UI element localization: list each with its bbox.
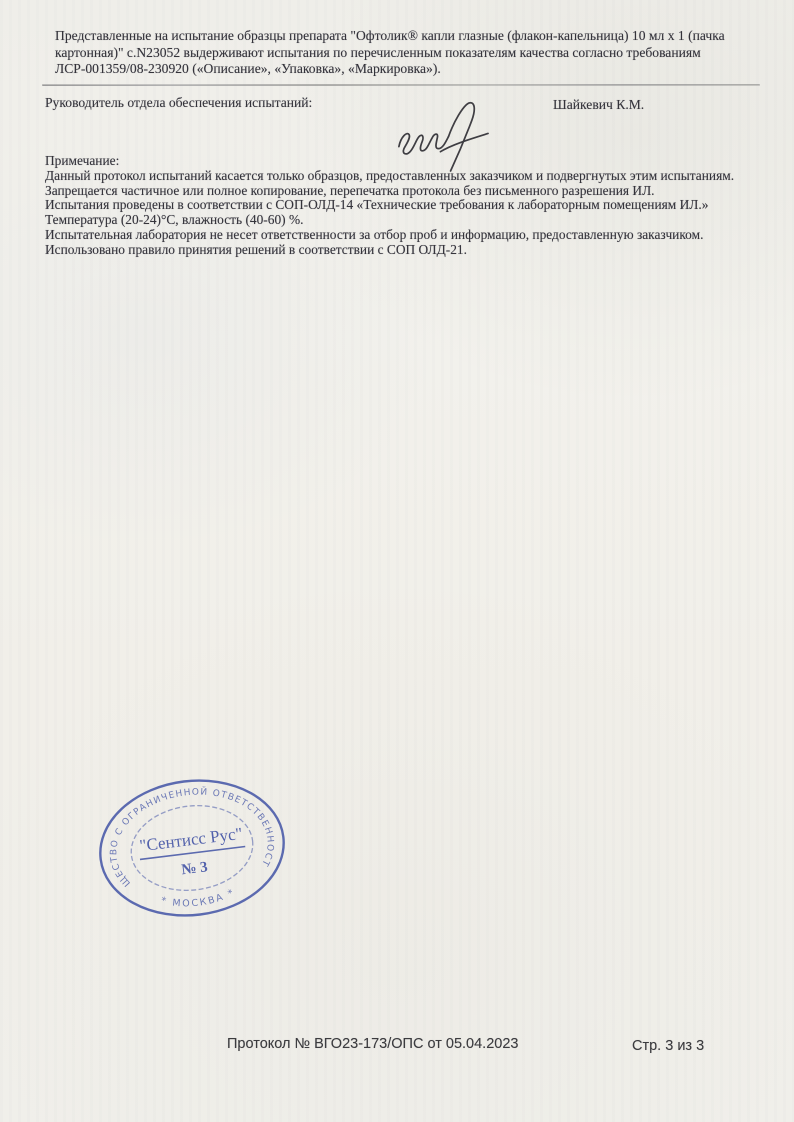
stamp-company-name: "Сентисс Рус" bbox=[138, 824, 243, 855]
footer-page-indicator: Стр. 3 из 3 bbox=[632, 1038, 704, 1054]
scanned-protocol-page: Представленные на испытание образцы преп… bbox=[0, 0, 794, 1122]
signer-role-label: Руководитель отдела обеспечения испытани… bbox=[45, 95, 312, 111]
company-stamp: ОБЩЕСТВО С ОГРАНИЧЕННОЙ ОТВЕТСТВЕННОСТЬЮ… bbox=[92, 776, 292, 928]
notes-section: Примечание: Данный протокол испытаний ка… bbox=[45, 154, 762, 258]
note-line: Испытания проведены в соответствии с СОП… bbox=[45, 198, 762, 213]
note-line: Данный протокол испытаний касается тольк… bbox=[45, 169, 762, 184]
note-line: Температура (20-24)°С, влажность (40-60)… bbox=[45, 213, 762, 228]
note-line: Запрещается частичное или полное копиров… bbox=[45, 184, 762, 199]
footer-protocol-number: Протокол № ВГО23-173/ОПС от 05.04.2023 bbox=[227, 1036, 518, 1052]
horizontal-divider bbox=[42, 84, 760, 86]
stamp-number: № 3 bbox=[181, 859, 209, 878]
signer-name: Шайкевич К.М. bbox=[553, 97, 644, 113]
note-line: Испытательная лаборатория не несет ответ… bbox=[45, 228, 762, 243]
notes-heading: Примечание: bbox=[45, 154, 762, 169]
note-line: Использовано правило принятия решений в … bbox=[45, 243, 762, 258]
conclusion-paragraph: Представленные на испытание образцы преп… bbox=[55, 28, 762, 78]
